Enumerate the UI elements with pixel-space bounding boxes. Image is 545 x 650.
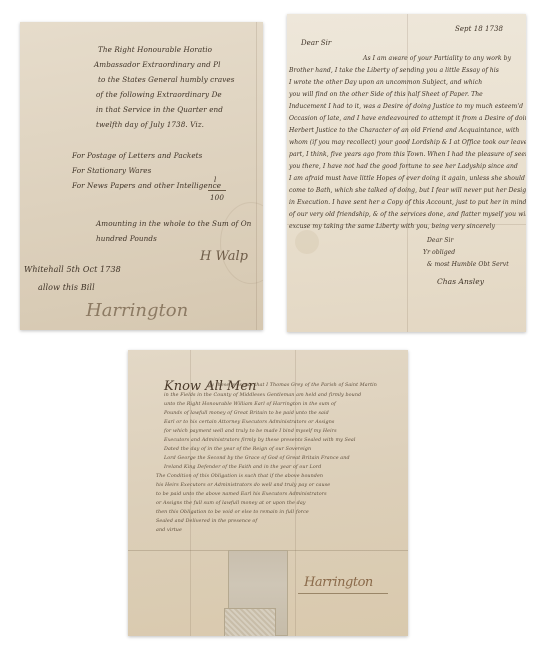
document-letter: Sept 18 1738 Dear Sir As I am aware of y… [287,14,526,332]
letter-line: you will find on the other Side of this … [289,92,483,98]
bill-item: For News Papers and other Intelligence [72,182,221,189]
letter-line: you there, I have not had the good fortu… [289,164,518,170]
letter-line: I am afraid must have little Hopes of ev… [289,176,525,182]
indenture-line: by these presents that I Thomas Grey of … [208,384,377,389]
letter-line: excuse my taking the same Liberty with y… [289,224,495,230]
bill-item: For Postage of Letters and Packets [72,152,202,159]
indenture-line: unto the Right Honourable William Earl o… [164,403,336,408]
bill-header-line: Ambassador Extraordinary and Pl [94,61,221,68]
indenture-signature: Harrington [304,576,373,589]
letter-line: As I am aware of your Partiality to any … [363,56,511,62]
indenture-line: Lord George the Second by the Grace of G… [164,457,350,462]
letter-line: Herbert Justice to the Character of an o… [289,128,519,134]
letter-closing: & most Humble Obt Servt [427,262,509,268]
letter-line: in Execution. I have sent her a Copy of … [289,200,526,206]
indenture-line: and virtue [156,529,182,534]
letter-line: Brother hand, I take the Liberty of send… [289,68,499,74]
bill-amount-total: 100 [210,194,224,201]
letter-salutation: Dear Sir [301,40,331,47]
indenture-line: in the Fields in the County of Middlesex… [164,394,361,399]
letter-line: of our very old friendship, & of the ser… [289,212,526,218]
bill-amount-mark: l [214,176,216,183]
letter-line: whom (if you may recollect) your good Lo… [289,140,526,146]
bill-summary-line: hundred Pounds [96,235,157,242]
indenture-line: Sealed and Delivered in the presence of [156,520,257,525]
signature-harrington: Harrington [86,302,188,320]
indenture-line: to be paid unto the above named Earl his… [156,493,327,498]
bill-header-line: The Right Honourable Horatio [98,46,212,53]
signature-rule [298,593,388,594]
sum-rule [208,190,226,191]
indenture-line: Ireland King Defender of the Faith and i… [164,466,321,471]
indenture-line: Dated the day of in the year of the Reig… [164,448,311,453]
indenture-line: then this Obligation to be void or else … [156,511,309,516]
bill-item: For Stationary Wares [72,167,151,174]
seal-tag [224,608,276,636]
letter-line: Occasion of late, and I have endeavoured… [289,116,526,122]
indenture-line: Pounds of lawfull money of Great Britain… [164,412,329,417]
indenture-line: his Heirs Executors or Administrators do… [156,484,330,489]
letter-line: I wrote the other Day upon an uncommon S… [289,80,482,86]
indenture-line: The Condition of this Obligation is such… [156,475,323,480]
bill-summary-line: Amounting in the whole to the Sum of On [96,220,251,227]
document-indenture: Know All Men by these presents that I Th… [128,350,408,636]
letter-line: come to Bath, which she talked of doing,… [289,188,526,194]
letter-line: part, I think, five years ago from this … [289,152,526,158]
bill-header-line: in that Service in the Quarter end [96,106,223,113]
letter-line: Inducement I had to it, was a Desire of … [289,104,523,110]
letter-closing: Yr obliged [423,250,455,256]
letter-closing: Dear Sir [427,238,453,244]
signature-walpole: H Walp [200,250,248,263]
letter-date: Sept 18 1738 [455,26,503,33]
bill-header-line: twelfth day of July 1738. Viz. [96,121,204,128]
indenture-line: Executors and Administrators firmly by t… [164,439,356,444]
indenture-line: for which payment well and truly to be m… [164,430,337,435]
bill-header-line: to the States General humbly craves [98,76,235,83]
indenture-line: or Assigns the full sum of lawfull money… [156,502,306,507]
bill-date-line: Whitehall 5th Oct 1738 [24,266,121,274]
bill-header-line: of the following Extraordinary De [96,91,222,98]
document-bill: The Right Honourable Horatio Ambassador … [20,22,263,330]
indenture-line: Earl or to his certain Attorney Executor… [164,421,334,426]
bill-approval: allow this Bill [38,284,95,292]
letter-signature: Chas Ansley [437,278,484,286]
